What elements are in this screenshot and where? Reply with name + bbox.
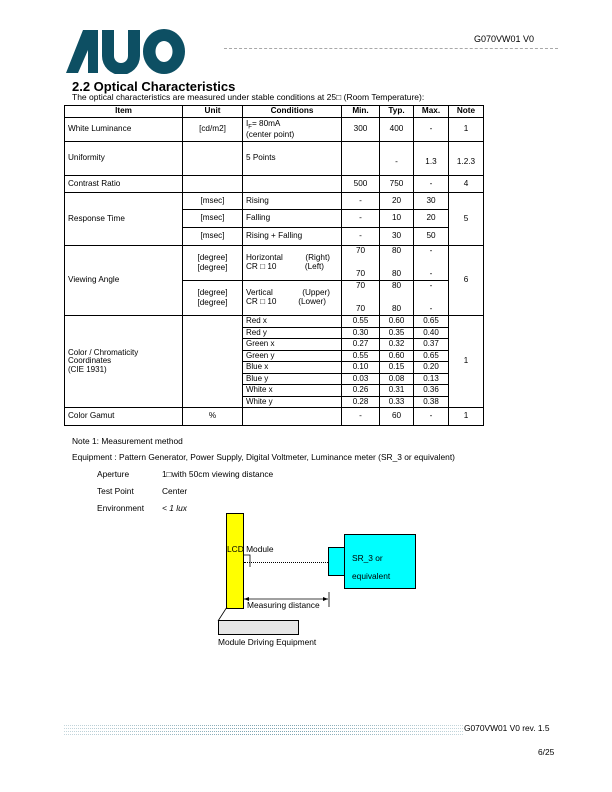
value: - [417, 282, 445, 291]
typ-cell: 8080 [380, 281, 414, 316]
typ-cell: 0.15 [380, 362, 414, 374]
auo-logo [66, 28, 186, 74]
typ-cell: 400 [380, 118, 414, 142]
conditions-cell: IF= 80mA (center point) [243, 118, 342, 142]
min-cell: 7070 [342, 246, 380, 281]
min-cell: 0.55 [342, 316, 380, 328]
note-cell: 4 [449, 176, 484, 193]
conditions-cell: White y [243, 396, 342, 408]
value: 70 [345, 247, 376, 256]
value: 80 [383, 270, 410, 279]
item-cell: White Luminance [65, 118, 183, 142]
item-cell: Color / ChromaticityCoordinates(CIE 1931… [65, 316, 183, 408]
lcd-module-label: LCD Module [227, 544, 274, 554]
item-line: (CIE 1931) [68, 366, 179, 374]
unit-value: [degree] [186, 263, 239, 273]
conditions-cell: Rising [243, 193, 342, 210]
unit-cell: [msec] [183, 210, 243, 228]
header-divider [224, 48, 558, 49]
note-cell: 1.2.3 [449, 142, 484, 176]
module-driving-equipment-shape [218, 620, 299, 635]
unit-cell [183, 142, 243, 176]
conditions-cell: Red y [243, 327, 342, 339]
page-number: 6/25 [538, 747, 554, 757]
chromaticity-rows: Color / ChromaticityCoordinates(CIE 1931… [65, 316, 484, 408]
conditions-cell: 5 Points [243, 142, 342, 176]
max-cell: 30 [414, 193, 449, 210]
conditions-cell: Red x [243, 316, 342, 328]
typ-cell: 750 [380, 176, 414, 193]
conditions-cell: Horizontal(Right) CR □ 10(Left) [243, 246, 342, 281]
equipment-list: Equipment : Pattern Generator, Power Sup… [72, 452, 455, 462]
value: - [417, 270, 445, 279]
conditions-cell: Vertical(Upper) CR □ 10(Lower) [243, 281, 342, 316]
table-row-uniformity: Uniformity 5 Points - 1.3 1.2.3 [65, 142, 484, 176]
min-cell: - [342, 193, 380, 210]
typ-cell: 0.32 [380, 339, 414, 351]
unit-cell: [cd/m2] [183, 118, 243, 142]
table-row-contrast-ratio: Contrast Ratio 500 750 - 4 [65, 176, 484, 193]
document-id: G070VW01 V0 [474, 34, 534, 44]
min-cell: 0.10 [342, 362, 380, 374]
typ-cell: 8080 [380, 246, 414, 281]
max-cell: 1.3 [414, 142, 449, 176]
conditions-cell: Blue x [243, 362, 342, 374]
typ-cell: 20 [380, 193, 414, 210]
typ-cell: 0.35 [380, 327, 414, 339]
unit-cell [183, 316, 243, 408]
unit-cell: [degree] [degree] [183, 281, 243, 316]
max-cell: 0.20 [414, 362, 449, 374]
unit-cell: [msec] [183, 228, 243, 246]
conditions-cell: Falling [243, 210, 342, 228]
conditions-cell: Rising + Falling [243, 228, 342, 246]
param-value-test-point: Center [162, 486, 187, 496]
note-cell: 6 [449, 246, 484, 316]
header-note: Note [449, 106, 484, 118]
center-marker-icon [242, 554, 252, 568]
unit-value: [degree] [186, 253, 239, 263]
min-cell [342, 142, 380, 176]
conditions-cell [243, 176, 342, 193]
header-item: Item [65, 106, 183, 118]
min-cell: 0.03 [342, 373, 380, 385]
typ-cell: 60 [380, 408, 414, 426]
value: 80 [383, 282, 410, 291]
cond-side: (Lower) [298, 298, 326, 307]
conditions-cell: Green y [243, 350, 342, 362]
min-cell: 0.26 [342, 385, 380, 397]
max-cell: - [414, 176, 449, 193]
conditions-cell: Blue y [243, 373, 342, 385]
param-value-environment: < 1 lux [162, 503, 187, 513]
cond-center-point: (center point) [246, 130, 294, 139]
unit-value: [degree] [186, 288, 239, 298]
header-conditions: Conditions [243, 106, 342, 118]
cond-side: (Left) [305, 263, 324, 272]
item-cell: Response Time [65, 193, 183, 246]
max-cell: 0.37 [414, 339, 449, 351]
max-cell: - [414, 408, 449, 426]
value: 70 [345, 270, 376, 279]
item-cell: Uniformity [65, 142, 183, 176]
footer-dot-pattern [64, 725, 464, 739]
max-cell: -- [414, 246, 449, 281]
value: 70 [345, 305, 376, 314]
typ-cell: 0.60 [380, 316, 414, 328]
cond-contrast: CR □ 10 [246, 298, 276, 307]
param-value-aperture: 1□with 50cm viewing distance [162, 469, 273, 479]
value: - [417, 247, 445, 256]
unit-cell: % [183, 408, 243, 426]
min-cell: 0.27 [342, 339, 380, 351]
typ-cell: - [380, 142, 414, 176]
table-row-white-luminance: White Luminance [cd/m2] IF= 80mA (center… [65, 118, 484, 142]
luminance-meter-label: SR_3 or equivalent [352, 549, 390, 585]
value: 80 [383, 247, 410, 256]
note-cell: 1 [449, 316, 484, 408]
header-max: Max. [414, 106, 449, 118]
param-key-aperture: Aperture [97, 469, 129, 479]
unit-cell: [degree] [degree] [183, 246, 243, 281]
table-row-color-gamut: Color Gamut % - 60 - 1 [65, 408, 484, 426]
meter-label-line1: SR_3 or [352, 549, 390, 567]
param-key-test-point: Test Point [97, 486, 134, 496]
min-cell: 0.55 [342, 350, 380, 362]
cond-current-value: = 80mA [252, 119, 280, 128]
unit-value: [degree] [186, 298, 239, 308]
note-cell: 1 [449, 118, 484, 142]
min-cell: 300 [342, 118, 380, 142]
max-cell: 0.65 [414, 316, 449, 328]
typ-cell: 0.31 [380, 385, 414, 397]
header-unit: Unit [183, 106, 243, 118]
table-row-chromaticity: Color / ChromaticityCoordinates(CIE 1931… [65, 316, 484, 328]
min-cell: 500 [342, 176, 380, 193]
note-cell: 5 [449, 193, 484, 246]
value: 80 [383, 305, 410, 314]
unit-cell: [msec] [183, 193, 243, 210]
min-cell: 0.30 [342, 327, 380, 339]
conditions-cell: Green x [243, 339, 342, 351]
max-cell: 0.36 [414, 385, 449, 397]
measuring-distance-label: Measuring distance [247, 600, 320, 610]
header-min: Min. [342, 106, 380, 118]
note-cell: 1 [449, 408, 484, 426]
module-driving-equipment-label: Module Driving Equipment [218, 637, 316, 647]
min-cell: 7070 [342, 281, 380, 316]
typ-cell: 0.08 [380, 373, 414, 385]
min-cell: - [342, 210, 380, 228]
item-cell: Color Gamut [65, 408, 183, 426]
conditions-cell [243, 408, 342, 426]
max-cell: -- [414, 281, 449, 316]
value: 70 [345, 282, 376, 291]
typ-cell: 0.33 [380, 396, 414, 408]
min-cell: - [342, 408, 380, 426]
min-cell: 0.28 [342, 396, 380, 408]
max-cell: 0.13 [414, 373, 449, 385]
table-header-row: Item Unit Conditions Min. Typ. Max. Note [65, 106, 484, 118]
header-typ: Typ. [380, 106, 414, 118]
param-key-environment: Environment [97, 503, 144, 513]
section-intro: The optical characteristics are measured… [72, 92, 424, 102]
note-1-heading: Note 1: Measurement method [72, 436, 183, 446]
optical-characteristics-table: Item Unit Conditions Min. Typ. Max. Note… [64, 105, 484, 426]
item-cell: Viewing Angle [65, 246, 183, 316]
meter-label-line2: equivalent [352, 567, 390, 585]
value: - [417, 305, 445, 314]
unit-cell [183, 176, 243, 193]
table-row-response-rising: Response Time [msec] Rising - 20 30 5 [65, 193, 484, 210]
max-cell: 0.40 [414, 327, 449, 339]
table-row-viewing-horizontal: Viewing Angle [degree] [degree] Horizont… [65, 246, 484, 281]
typ-cell: 30 [380, 228, 414, 246]
measurement-axis-line [244, 562, 328, 563]
typ-cell: 10 [380, 210, 414, 228]
max-cell: 20 [414, 210, 449, 228]
footer-document-revision: G070VW01 V0 rev. 1.5 [464, 723, 550, 733]
max-cell: 0.38 [414, 396, 449, 408]
typ-cell: 0.60 [380, 350, 414, 362]
item-cell: Contrast Ratio [65, 176, 183, 193]
min-cell: - [342, 228, 380, 246]
max-cell: 0.65 [414, 350, 449, 362]
conditions-cell: White x [243, 385, 342, 397]
max-cell: - [414, 118, 449, 142]
cond-contrast: CR □ 10 [246, 263, 276, 272]
max-cell: 50 [414, 228, 449, 246]
